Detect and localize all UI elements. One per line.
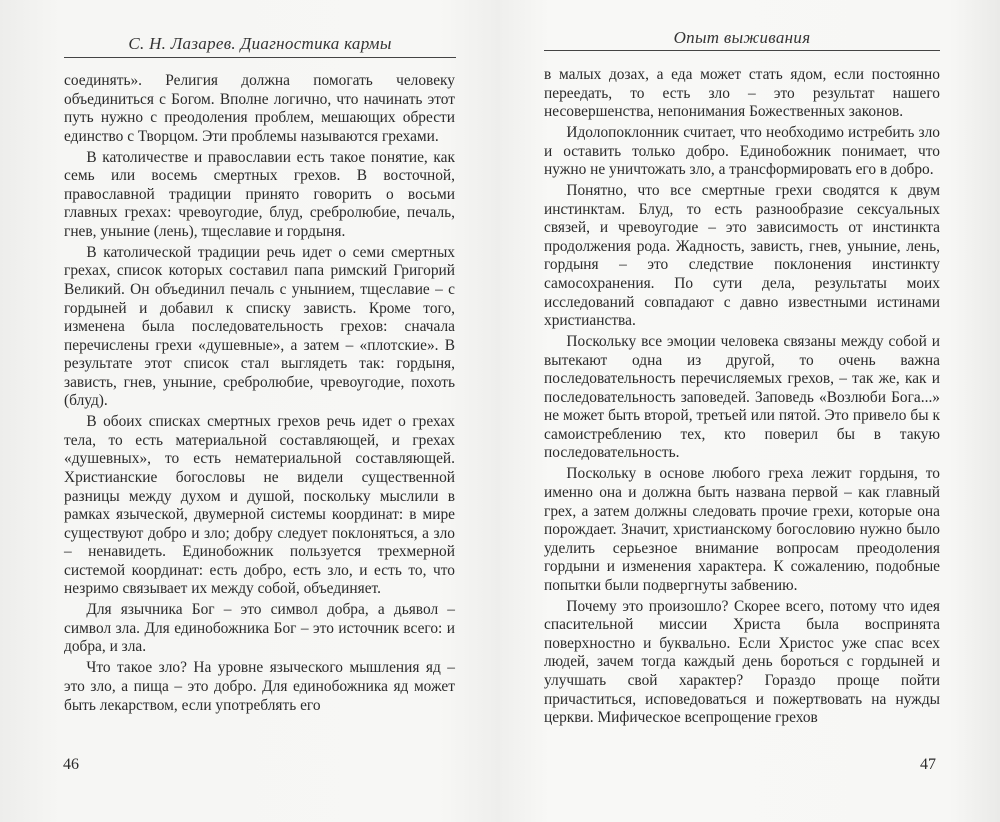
paragraph: В католичестве и православии есть такое …	[64, 149, 455, 242]
paragraph: Поскольку все эмоции человека связаны ме…	[544, 333, 940, 463]
paragraph: в малых дозах, а еда может стать ядом, е…	[544, 66, 940, 122]
left-body-text: соединять». Религия должна помогать чело…	[64, 72, 455, 715]
paragraph: Идолопоклонник считает, что необходимо и…	[544, 124, 940, 180]
left-page-number: 46	[63, 756, 79, 774]
left-header-rule	[64, 57, 456, 58]
paragraph: Для язычника Бог – это символ добра, а д…	[64, 601, 455, 657]
right-header-rule	[544, 50, 940, 51]
paragraph: Почему это произошло? Скорее всего, пото…	[544, 598, 940, 728]
left-page: С. Н. Лазарев. Диагностика кармы соединя…	[0, 0, 500, 822]
right-body-text: в малых дозах, а еда может стать ядом, е…	[544, 66, 940, 728]
right-page-number: 47	[920, 756, 936, 774]
paragraph: В обоих списках смертных грехов речь иде…	[64, 413, 455, 598]
paragraph: соединять». Религия должна помогать чело…	[64, 72, 455, 146]
paragraph: В католической традиции речь идет о семи…	[64, 244, 455, 411]
left-running-head: С. Н. Лазарев. Диагностика кармы	[64, 34, 456, 54]
right-running-head: Опыт выживания	[544, 28, 940, 48]
right-page: Опыт выживания в малых дозах, а еда може…	[500, 0, 1000, 822]
paragraph: Поскольку в основе любого греха лежит го…	[544, 465, 940, 595]
paragraph: Что такое зло? На уровне языческого мышл…	[64, 659, 455, 715]
paragraph: Понятно, что все смертные грехи сводятся…	[544, 182, 940, 330]
